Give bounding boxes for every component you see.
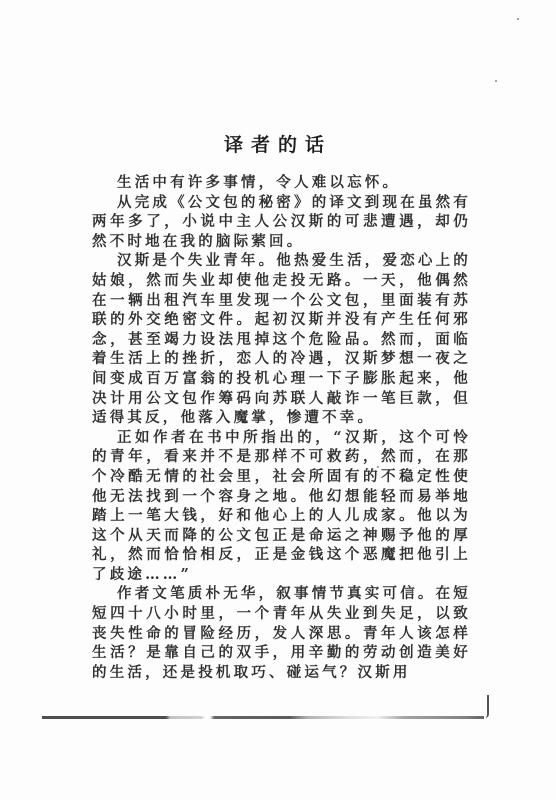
scan-speck bbox=[517, 18, 519, 20]
paragraph-3: 汉斯是个失业青年。他热爱生活，爱恋心上的姑娘，然而失业却使他走投无路。一天，他偶… bbox=[92, 251, 471, 427]
scan-corner-mark bbox=[484, 695, 489, 718]
scan-speck bbox=[377, 466, 379, 468]
bottom-rule bbox=[42, 716, 484, 719]
paragraph-4: 正如作者在书中所指出的，“汉斯，这个可怜的青年，看来并不是那样不可救药，然而，在… bbox=[92, 428, 471, 585]
scan-speck bbox=[495, 80, 497, 82]
page-title: 译者的话 bbox=[0, 130, 556, 157]
paragraph-5: 作者文笔质朴无华，叙事情节真实可信。在短短四十八小时里，一个青年从失业到失足，以… bbox=[92, 584, 471, 682]
paragraph-2: 从完成《公文包的秘密》的译文到现在虽然有两年多了，小说中主人公汉斯的可悲遭遇，却… bbox=[92, 193, 471, 252]
paragraph-1: 生活中有许多事情，令人难以忘怀。 bbox=[92, 173, 471, 193]
scanned-page: 译者的话 生活中有许多事情，令人难以忘怀。 从完成《公文包的秘密》的译文到现在虽… bbox=[0, 0, 556, 800]
body-text: 生活中有许多事情，令人难以忘怀。 从完成《公文包的秘密》的译文到现在虽然有两年多… bbox=[92, 173, 471, 682]
